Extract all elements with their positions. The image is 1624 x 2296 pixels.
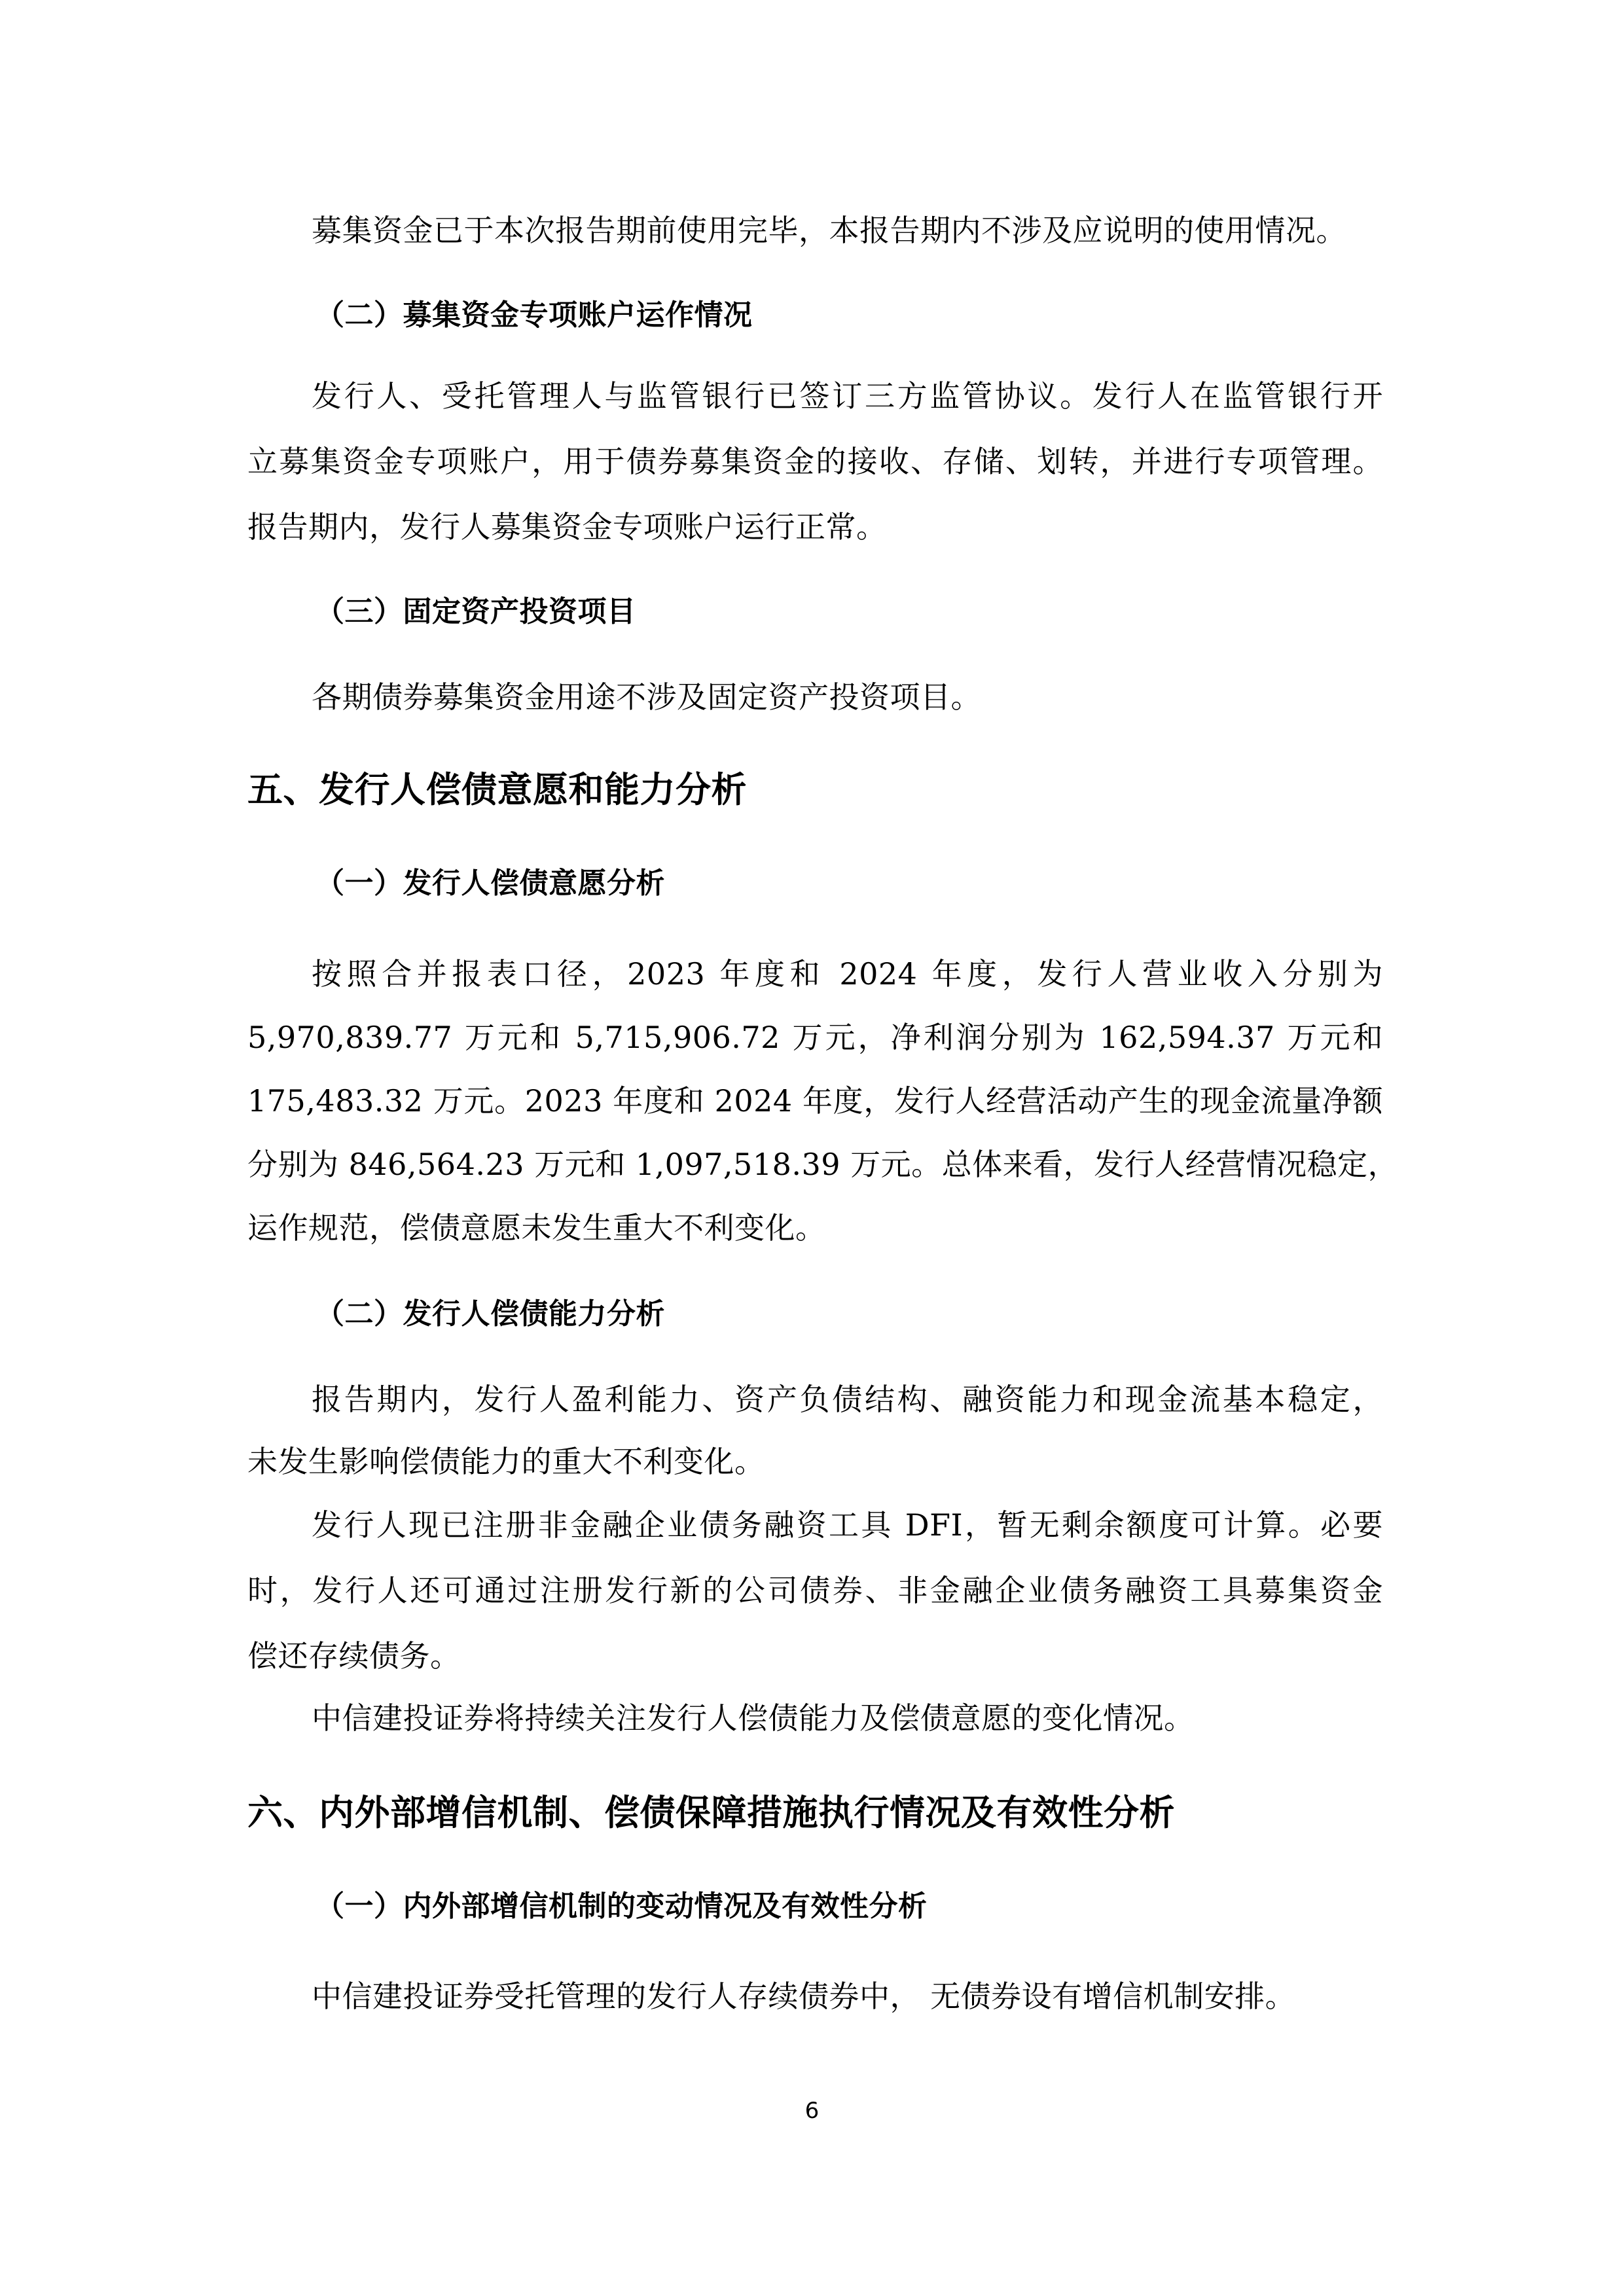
page-number: 6 bbox=[0, 2098, 1624, 2124]
heading-section-5: 五、发行人偿债意愿和能力分析 bbox=[247, 767, 747, 813]
subheading-credit-enhancement: （一）内外部增信机制的变动情况及有效性分析 bbox=[316, 1887, 928, 1926]
paragraph-willingness-line-3: 175,483.32 万元。2023 年度和 2024 年度，发行人经营活动产生… bbox=[247, 1081, 1383, 1121]
paragraph-ability-line-2: 未发生影响偿债能力的重大不利变化。 bbox=[247, 1442, 765, 1481]
paragraph-fixed-asset-line-1: 各期债券募集资金用途不涉及固定资产投资项目。 bbox=[312, 677, 981, 717]
paragraph-funds-used-line-1: 募集资金已于本次报告期前使用完毕，本报告期内不涉及应说明的使用情况。 bbox=[312, 211, 1346, 250]
paragraph-monitoring-line-1: 中信建投证券将持续关注发行人偿债能力及偿债意愿的变化情况。 bbox=[312, 1698, 1195, 1738]
paragraph-dfi-line-1: 发行人现已注册非金融企业债务融资工具 DFI，暂无剩余额度可计算。必要 bbox=[312, 1505, 1383, 1545]
heading-section-6: 六、内外部增信机制、偿债保障措施执行情况及有效性分析 bbox=[247, 1790, 1175, 1836]
paragraph-dfi-line-3: 偿还存续债务。 bbox=[247, 1636, 461, 1676]
paragraph-dfi-line-2: 时，发行人还可通过注册发行新的公司债券、非金融企业债务融资工具募集资金 bbox=[247, 1571, 1383, 1610]
subheading-ability: （二）发行人偿债能力分析 bbox=[316, 1295, 665, 1334]
document-page: 募集资金已于本次报告期前使用完毕，本报告期内不涉及应说明的使用情况。 （二）募集… bbox=[0, 0, 1624, 2296]
paragraph-credit-enhancement-line-1: 中信建投证券受托管理的发行人存续债券中， 无债券设有增信机制安排。 bbox=[312, 1977, 1295, 2016]
paragraph-ability-line-1: 报告期内，发行人盈利能力、资产负债结构、融资能力和现金流基本稳定， bbox=[312, 1380, 1383, 1419]
subheading-willingness: （一）发行人偿债意愿分析 bbox=[316, 864, 665, 903]
paragraph-willingness-line-5: 运作规范，偿债意愿未发生重大不利变化。 bbox=[247, 1208, 826, 1247]
subheading-fixed-asset: （三）固定资产投资项目 bbox=[316, 592, 636, 632]
paragraph-special-account-line-1: 发行人、受托管理人与监管银行已签订三方监管协议。发行人在监管银行开 bbox=[312, 376, 1383, 416]
paragraph-special-account-line-3: 报告期内，发行人募集资金专项账户运行正常。 bbox=[247, 507, 887, 547]
paragraph-willingness-line-4: 分别为 846,564.23 万元和 1,097,518.39 万元。总体来看，… bbox=[247, 1145, 1383, 1184]
paragraph-special-account-line-2: 立募集资金专项账户，用于债券募集资金的接收、存储、划转，并进行专项管理。 bbox=[247, 442, 1383, 481]
paragraph-willingness-line-1: 按照合并报表口径，2023 年度和 2024 年度，发行人营业收入分别为 bbox=[312, 954, 1383, 994]
paragraph-willingness-line-2: 5,970,839.77 万元和 5,715,906.72 万元，净利润分别为 … bbox=[247, 1018, 1383, 1057]
subheading-special-account: （二）募集资金专项账户运作情况 bbox=[316, 296, 753, 335]
